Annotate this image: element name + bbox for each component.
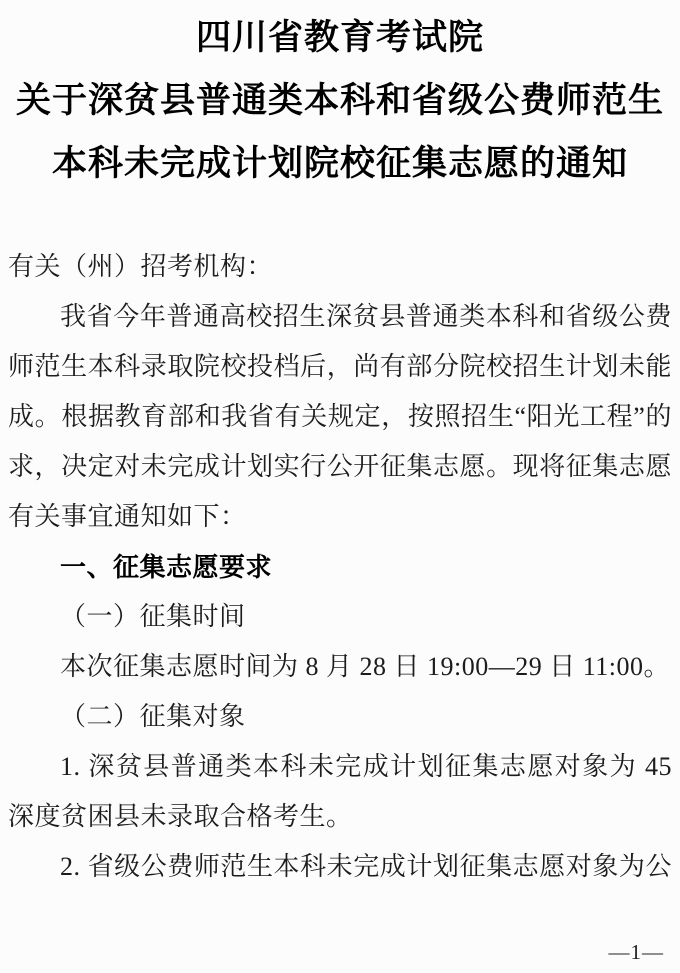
notice-title: 四川省教育考试院 关于深贫县普通类本科和省级公费师范生 本科未完成计划院校征集志… — [0, 0, 680, 195]
title-line-issuer: 四川省教育考试院 — [0, 6, 680, 69]
subsection-heading-1: （一）征集时间 — [8, 592, 672, 642]
salutation: 有关（州）招考机构： — [8, 242, 672, 292]
list-item-line: 深度贫困县未录取合格考生。 — [8, 792, 672, 842]
section-heading-1: 一、征集志愿要求 — [8, 542, 672, 592]
paragraph-line: 成。根据教育部和我省有关规定，按照招生“阳光工程”的要 — [8, 392, 672, 442]
title-line-subject-2: 本科未完成计划院校征集志愿的通知 — [0, 132, 680, 195]
paragraph-line: 本次征集志愿时间为 8 月 28 日 19:00—29 日 11:00。 — [8, 642, 672, 692]
paragraph-line: 求，决定对未完成计划实行公开征集志愿。现将征集志愿的 — [8, 442, 672, 492]
list-item-line: 2. 省级公费师范生本科未完成计划征集志愿对象为公 — [8, 842, 672, 892]
list-item-line: 1. 深贫县普通类本科未完成计划征集志愿对象为 45 个 — [8, 742, 672, 792]
subsection-heading-2: （二）征集对象 — [8, 692, 672, 742]
document-page: 四川省教育考试院 关于深贫县普通类本科和省级公费师范生 本科未完成计划院校征集志… — [0, 0, 680, 973]
notice-body: 有关（州）招考机构： 我省今年普通高校招生深贫县普通类本科和省级公费 师范生本科… — [0, 242, 680, 892]
paragraph-line: 师范生本科录取院校投档后，尚有部分院校招生计划未能完 — [8, 342, 672, 392]
page-number: —1— — [609, 940, 665, 965]
paragraph-line: 有关事宜通知如下： — [8, 492, 672, 542]
title-line-subject-1: 关于深贫县普通类本科和省级公费师范生 — [0, 69, 680, 132]
paragraph-line: 我省今年普通高校招生深贫县普通类本科和省级公费 — [8, 292, 672, 342]
